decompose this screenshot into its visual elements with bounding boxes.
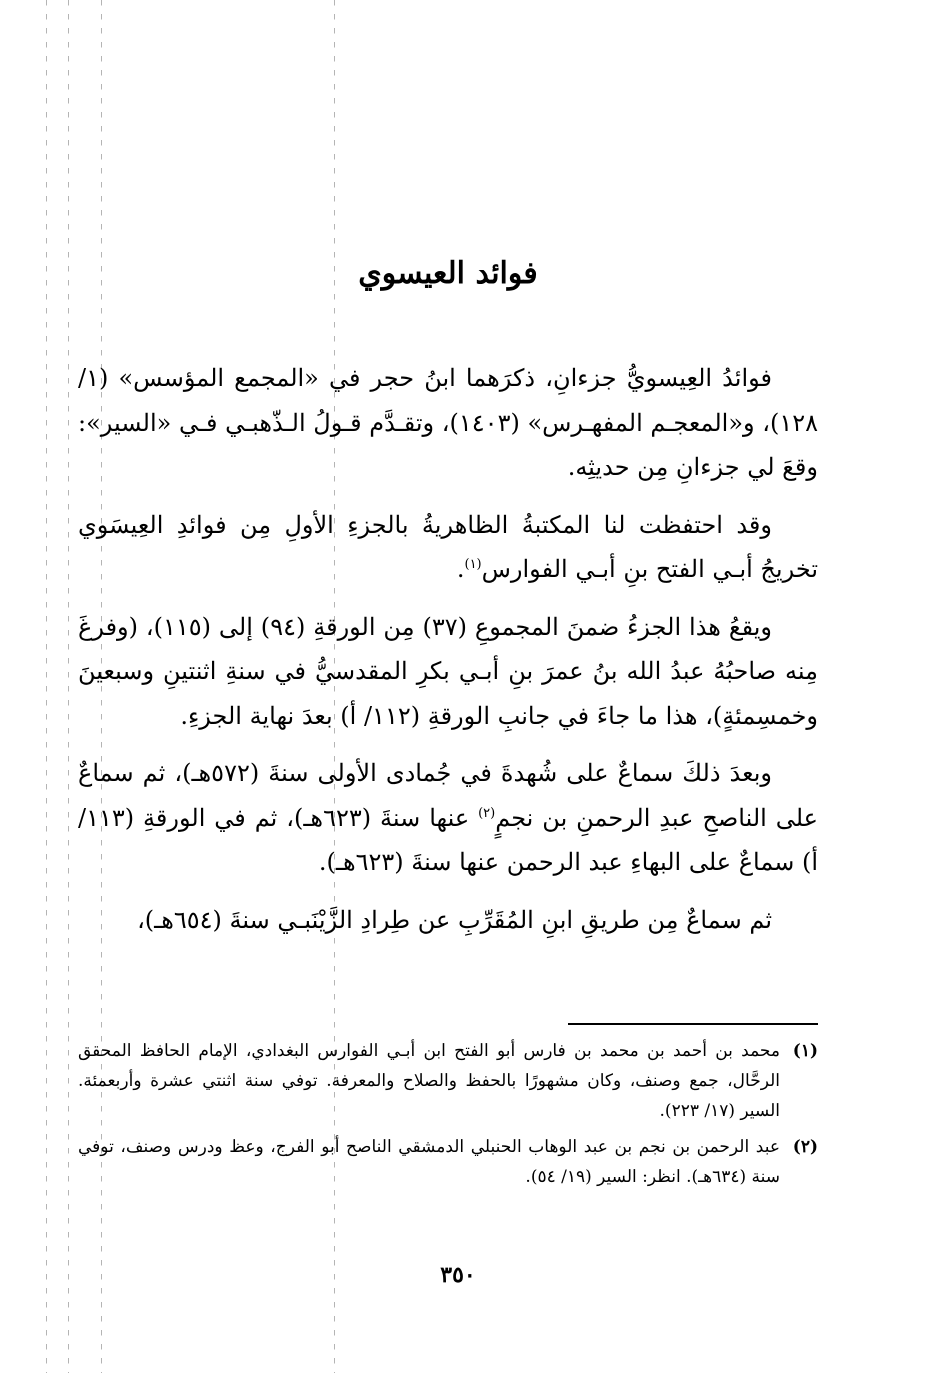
footnote-2: (٢) عبد الرحمن بن نجم بن عبد الوهاب الحن… [78,1132,818,1192]
scan-artifact-line [68,0,69,1373]
paragraph-text: وقد احتفظت لنا المكتبةُ الظاهريةُ بالجزء… [78,511,818,584]
footnote-number: (٢) [780,1132,818,1192]
page-number: ٣٥٠ [78,1262,818,1288]
footnotes: (١) محمد بن أحمد بن محمد بن فارس أبو الف… [78,1036,818,1198]
paragraph-5: ثم سماعٌ مِن طريقِ ابنِ المُقَرِّبِ عن ط… [78,898,818,943]
footnote-text: عبد الرحمن بن نجم بن عبد الوهاب الحنبلي … [78,1132,780,1192]
paragraph-text: ويقعُ هذا الجزءُ ضمنَ المجموعِ (٣٧) مِن … [78,613,818,730]
paragraph-3: ويقعُ هذا الجزءُ ضمنَ المجموعِ (٣٧) مِن … [78,605,818,739]
footnote-reference-2[interactable]: (٢) [478,806,495,821]
page-title: فوائد العيسوي [78,254,818,294]
paragraph-1: فوائدُ العِيسويُّ جزءانِ، ذكرَهما ابنُ ح… [78,356,818,490]
scan-artifact-line [46,0,47,1373]
footnote-number: (١) [780,1036,818,1126]
footnote-text: محمد بن أحمد بن محمد بن فارس أبو الفتح ا… [78,1036,780,1126]
paragraph-text: ثم سماعٌ مِن طريقِ ابنِ المُقَرِّبِ عن ط… [137,906,772,934]
footnote-divider [568,1023,818,1025]
paragraph-2: وقد احتفظت لنا المكتبةُ الظاهريةُ بالجزء… [78,503,818,592]
footnote-1: (١) محمد بن أحمد بن محمد بن فارس أبو الف… [78,1036,818,1126]
paragraph-text: فوائدُ العِيسويُّ جزءانِ، ذكرَهما ابنُ ح… [78,364,818,481]
footnote-reference-1[interactable]: (١) [464,557,481,572]
paragraph-4: وبعدَ ذلكَ سماعٌ على شُهدةَ في جُمادى ال… [78,751,818,885]
book-page: فوائد العيسوي فوائدُ العِيسويُّ جزءانِ، … [78,0,818,1373]
body-text: فوائدُ العِيسويُّ جزءانِ، ذكرَهما ابنُ ح… [78,356,818,952]
